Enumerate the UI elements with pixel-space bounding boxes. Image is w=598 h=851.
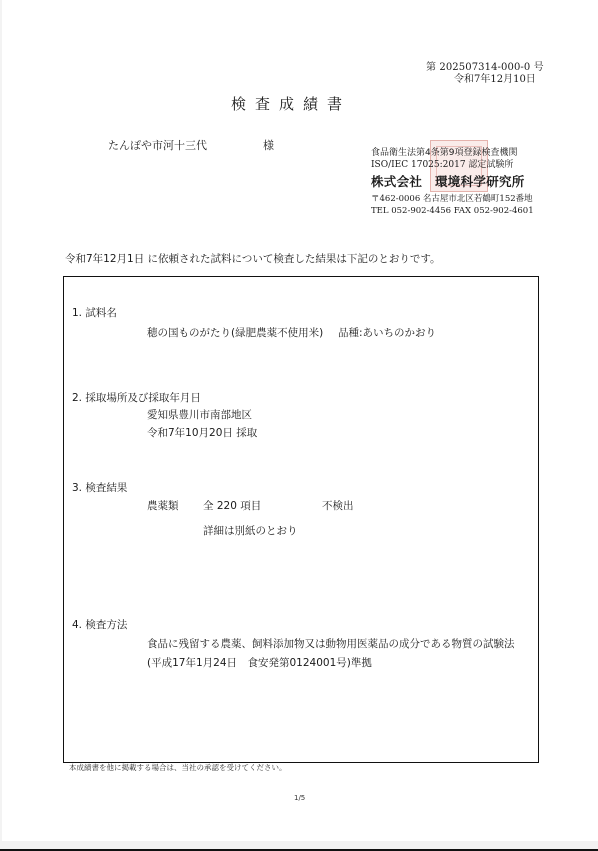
result-note: 詳細は別紙のとおり: [203, 523, 298, 538]
issue-date: 令和7年12月10日: [454, 70, 536, 85]
sampling-place: 愛知県豊川市南部地区: [147, 407, 252, 422]
section-results-heading: 3. 検査結果: [72, 480, 127, 495]
intro-statement: 令和7年12月1日 に依頼された試料について検査した結果は下記のとおりです。: [65, 251, 441, 266]
page-number: 1/5: [294, 794, 305, 802]
results-box: [63, 276, 539, 763]
footnote: 本成績書を他に掲載する場合は、当社の承認を受けてください。: [69, 762, 287, 773]
result-item-count: 全 220 項目: [203, 498, 261, 513]
page-title: 検査成績書: [231, 93, 351, 114]
result-category: 農薬類: [147, 498, 179, 513]
page-gutter: [0, 841, 598, 849]
lab-certification: ISO/IEC 17025:2017 認定試験所: [371, 157, 513, 170]
result-value: 不検出: [322, 498, 354, 513]
section-sampling-heading: 2. 採取場所及び採取年月日: [72, 390, 201, 405]
lab-company-name: 株式会社 環境科学研究所: [371, 172, 525, 190]
method-description: 食品に残留する農薬、飼料添加物又は動物用医薬品の成分である物質の試験法: [147, 636, 515, 651]
document-page: 第 202507314-000-0 号 令和7年12月10日 検査成績書 たんぽ…: [0, 0, 598, 841]
method-reference: (平成17年1月24日 食安発第0124001号)準拠: [147, 655, 372, 670]
recipient-name: たんぽや市河十三代: [108, 137, 207, 153]
sample-name: 穂の国ものがたり(緑肥農薬不使用米): [147, 325, 323, 340]
recipient-honorific: 様: [263, 137, 274, 153]
section-sample-name-heading: 1. 試料名: [72, 305, 117, 320]
sample-variety: 品種:あいちのかおり: [338, 325, 436, 340]
lab-address: 〒462-0006 名古屋市北区若鶴町152番地: [371, 192, 533, 204]
section-method-heading: 4. 検査方法: [72, 617, 127, 632]
sampling-date: 令和7年10月20日 採取: [147, 425, 257, 440]
lab-contact: TEL 052-902-4456 FAX 052-902-4601: [371, 206, 534, 216]
